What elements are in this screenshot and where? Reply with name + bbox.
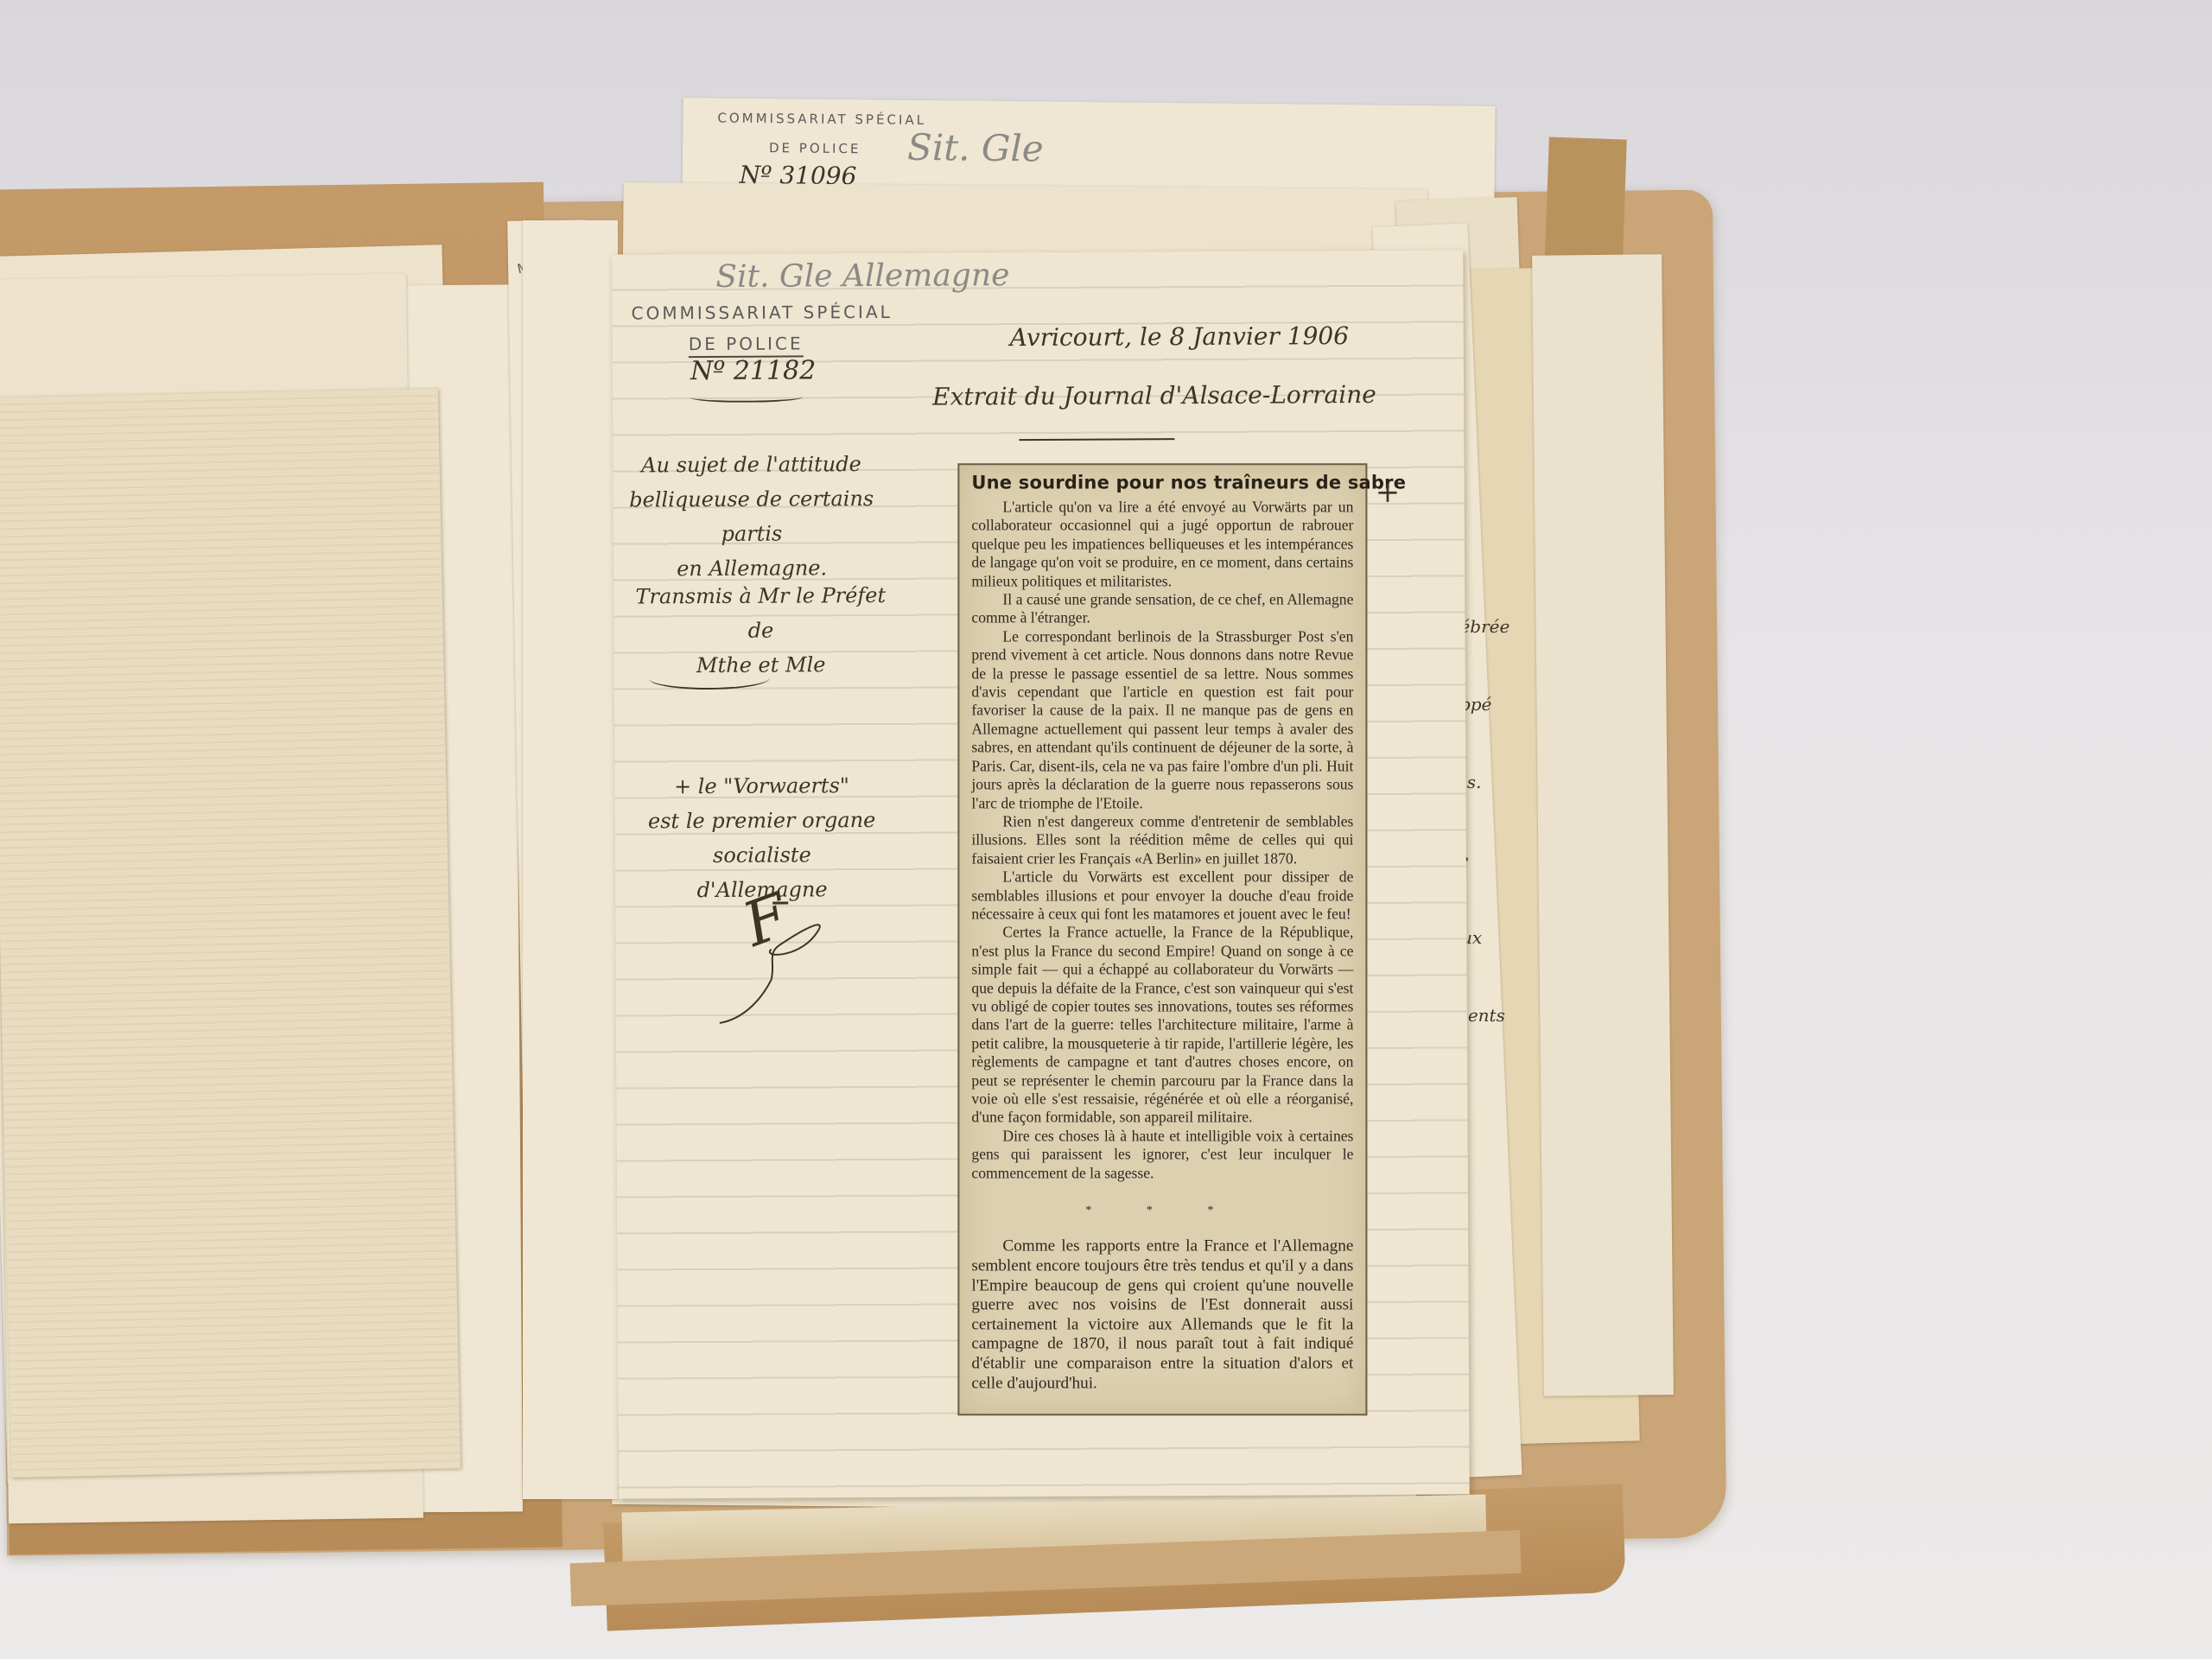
place-date: Avricourt, le 8 Janvier 1906 bbox=[1010, 321, 1349, 352]
layer-sheet-b bbox=[523, 220, 618, 1499]
extract-heading: Extrait du Journal d'Alsace-Lorraine bbox=[932, 380, 1376, 411]
back-stamp-de-police: DE POLICE bbox=[769, 140, 861, 156]
document-number: Nº 21182 bbox=[690, 355, 817, 386]
number-underline bbox=[690, 391, 803, 403]
subject-line: Au sujet de l'attitude bbox=[621, 447, 880, 483]
clipping-paragraph: L'article qu'on va lire a été envoyé au … bbox=[971, 498, 1353, 590]
layer-sheet-e bbox=[1532, 254, 1674, 1395]
back-document-annotation: Sit. Gle bbox=[907, 126, 1044, 170]
clipping-paragraph: Certes la France actuelle, la France de … bbox=[971, 924, 1353, 1127]
clipping-paragraph: Dire ces choses là à haute et intelligib… bbox=[971, 1127, 1353, 1182]
clipping-title: Une sourdine pour nos traîneurs de sabre bbox=[971, 470, 1353, 494]
transmit-flourish bbox=[649, 667, 770, 690]
header-annotation: Sit. Gle Allemagne bbox=[715, 257, 1009, 295]
clipping-paragraph: L'article du Vorwärts est excellent pour… bbox=[971, 868, 1353, 923]
main-document: Sit. Gle Allemagne COMMISSARIAT SPÉCIAL … bbox=[612, 250, 1470, 1498]
newspaper-clipping: Une sourdine pour nos traîneurs de sabre… bbox=[957, 463, 1367, 1415]
note-line: + le "Vorwaerts" bbox=[623, 768, 899, 804]
stamp-commissariat-special: COMMISSARIAT SPÉCIAL bbox=[632, 302, 893, 324]
signature-flourish bbox=[710, 910, 849, 1032]
clipping-margin-mark: + bbox=[1376, 475, 1401, 510]
stamp-de-police: DE POLICE bbox=[689, 333, 804, 358]
subject-line: belliqueuse de certains partis bbox=[622, 481, 881, 552]
clipping-paragraph: Le correspondant berlinois de la Strassb… bbox=[971, 627, 1353, 812]
left-sheet-front-laid-paper bbox=[0, 389, 461, 1478]
clipping-paragraph: Il a causé une grande sensation, de ce c… bbox=[971, 590, 1353, 627]
clipping-separator: * * * bbox=[971, 1201, 1353, 1219]
clipping-paragraph: Rien n'est dangereux comme d'entretenir … bbox=[971, 812, 1353, 868]
heading-rule bbox=[1019, 438, 1174, 441]
clipping-closing-paragraph: Comme les rapports entre la France et l'… bbox=[971, 1237, 1353, 1394]
note-line: est le premier organe socialiste bbox=[624, 803, 900, 874]
margin-subject: Au sujet de l'attitude belliqueuse de ce… bbox=[621, 447, 881, 587]
back-stamp-commissariat: COMMISSARIAT SPÉCIAL bbox=[717, 110, 926, 128]
transmit-line: Transmis à Mr le Préfet de bbox=[631, 578, 890, 649]
